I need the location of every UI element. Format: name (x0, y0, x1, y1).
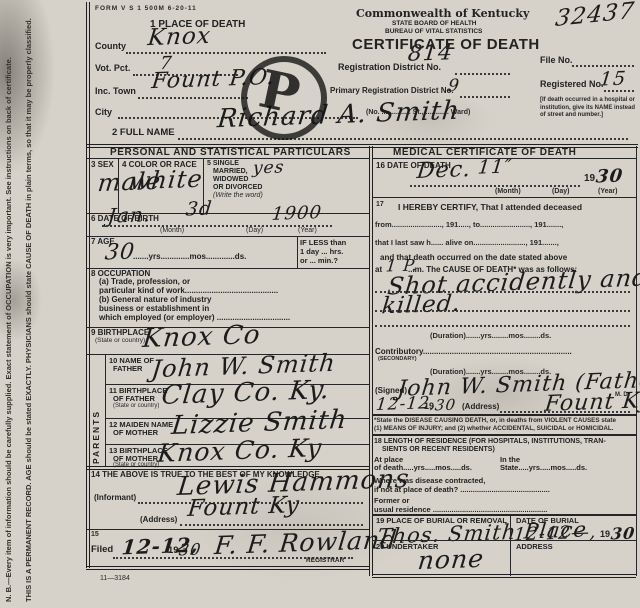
marital-label-2: MARRIED, (213, 168, 248, 175)
ifless-label-3: or ... min.? (300, 257, 338, 265)
dob-sub-month: (Month) (160, 227, 184, 234)
doc-number: 32437 (554, 0, 636, 32)
undertaker-address-label: ADDRESS (516, 543, 553, 551)
certificate-title: CERTIFICATE OF DEATH (352, 37, 540, 53)
registered-no-leader (604, 89, 634, 92)
signed-year-printed: 19 (424, 402, 434, 411)
registrar-stamp: P (241, 56, 327, 140)
dob-sub-day: (Day) (246, 227, 263, 234)
primary-reg-value: 9 (447, 76, 461, 96)
where-contracted-label-2: if not at place of death? ..............… (374, 486, 550, 494)
undertaker-value: none (416, 544, 485, 575)
birthplace-sub: (State or country) (95, 338, 145, 345)
father-name-label-2: FATHER (113, 365, 142, 373)
form-line: FORM V S 1 500M 6-20-11 (95, 6, 197, 13)
burial-year-printed: 19 (600, 530, 610, 539)
marital-label-4: OR DIVORCED (213, 184, 262, 191)
bureau-label: BUREAU OF VITAL STATISTICS (385, 29, 482, 36)
margin-note-outer: N. B.—Every item of information should b… (4, 12, 13, 602)
dob-sub-year: (Year) (298, 227, 317, 234)
hospital-note: [If death occurred in a hospital or inst… (540, 97, 636, 120)
form-right-border (636, 146, 637, 576)
full-name-label: 2 FULL NAME (112, 128, 175, 138)
reg-district-leader (455, 72, 510, 75)
death-certificate-scan: N. B.—Every item of information should b… (0, 0, 640, 608)
informant-label: (Informant) (94, 494, 136, 502)
rule (86, 236, 369, 237)
registered-no-value: 15 (599, 68, 628, 91)
heavy-rule (86, 566, 369, 570)
age-units: .......yrs.............mos.............d… (133, 253, 246, 261)
certify-saw-line: that I last saw h...... alive on........… (375, 239, 559, 247)
full-name-leader (178, 137, 628, 140)
ifless-label-1: IF LESS than (300, 239, 346, 247)
footnote-line-2: (1) MEANS OF INJURY; and (2) whether ACC… (374, 426, 614, 433)
cause-leader-3 (375, 324, 630, 327)
dob-day: 3d (185, 198, 214, 221)
certify-at-label: at (375, 266, 382, 274)
birthplace-value: Knox Co (141, 320, 262, 354)
rule (86, 158, 369, 159)
at-place-label-2: of death.....yrs.....mos.....ds. (374, 464, 472, 472)
informant-address-value: Fount Ky (186, 492, 301, 522)
heavy-rule (372, 574, 636, 578)
parents-divider (105, 354, 106, 467)
county-label: County (95, 42, 126, 51)
duration-1: (Duration).......yrs........mos........d… (430, 332, 551, 340)
inc-town-label: Inc. Town (95, 87, 136, 96)
contributory-sub: (SECONDARY) (378, 357, 417, 363)
primary-reg-leader (460, 95, 510, 98)
dob-year: 1900 (271, 202, 323, 225)
marital-value: yes (252, 157, 286, 178)
certify-num: 17 (376, 201, 384, 208)
registrar-label: REGISTRAR (306, 558, 344, 565)
marital-label-3: WIDOWED (213, 176, 248, 183)
filed-year-printed: 19 (168, 546, 179, 556)
cause-of-death-line-2: killed. (380, 291, 462, 320)
informant-address-leader (180, 523, 363, 526)
vot-pct-label: Vot. Pct. (95, 64, 130, 73)
age-value: 30 (104, 239, 137, 265)
mother-birthplace-value: Knox Co. Ky (156, 433, 323, 468)
in-state-label-2: State.....yrs.....mos.....ds. (500, 464, 587, 472)
rule (372, 434, 636, 436)
dod-sub-month: (Month) (495, 188, 521, 195)
signed-address-label: (Address) (462, 403, 499, 411)
informant-address-label: (Address) (140, 516, 177, 524)
certify-from-line: from........................, 191....., … (375, 221, 563, 229)
where-contracted-label-1: Where was disease contracted, (374, 477, 485, 485)
mother-name-label-2: OF MOTHER (113, 429, 158, 437)
date-of-death-year-printed: 19 (584, 174, 595, 185)
cell-divider (297, 236, 298, 268)
stamp-letter: P (254, 59, 305, 127)
rule (372, 414, 636, 416)
residence-label-2: SIENTS OR RECENT RESIDENTS) (382, 446, 495, 453)
marital-label-5: (Write the word) (213, 192, 263, 199)
primary-reg-label: Primary Registration District No. (330, 87, 454, 95)
marital-label-1: 5 SINGLE (207, 160, 239, 167)
dod-sub-day: (Day) (552, 188, 570, 195)
former-residence-label-2: usual residence ........................… (374, 506, 547, 514)
signed-address-leader (500, 410, 630, 413)
ifless-label-2: 1 day ... hrs. (300, 248, 343, 256)
county-value: Knox (146, 23, 212, 51)
registered-no-label: Registered No. (540, 80, 604, 89)
commonwealth-title: Commonwealth of Kentucky (356, 8, 529, 20)
father-birthplace-sub: (State or country) (113, 403, 159, 409)
filed-label: Filed (91, 545, 113, 555)
cause-leader-2 (375, 309, 630, 312)
date-of-death-day: 11″ (477, 155, 514, 178)
file-no-label: File No. (540, 56, 573, 65)
certify-line: I HEREBY CERTIFY, That I attended deceas… (398, 203, 582, 212)
rule (372, 540, 636, 541)
date-of-death-year-hand: 30 (595, 166, 624, 188)
filed-num: 15 (91, 531, 99, 538)
city-label: City (95, 108, 112, 117)
date-of-death-month: Dec. (416, 157, 473, 184)
form-left-border (86, 2, 90, 568)
form-code: 11—3184 (100, 575, 130, 582)
signed-year-hand: 30 (434, 396, 457, 415)
dod-sub-year: (Year) (598, 188, 617, 195)
state-board-label: STATE BOARD OF HEALTH (392, 21, 477, 28)
file-no-leader (572, 64, 634, 67)
county-leader (126, 51, 326, 54)
rule (372, 197, 636, 198)
margin-note-inner: THIS IS A PERMANENT RECORD. AGE should b… (24, 12, 33, 602)
inc-town-leader (138, 96, 248, 99)
residence-label-1: 18 LENGTH OF RESIDENCE (FOR HOSPITALS, I… (374, 438, 606, 445)
date-of-death-leader (410, 184, 580, 187)
footnote-line-1: *State the DISEASE CAUSING DEATH, or, in… (374, 418, 616, 425)
father-birthplace-label-2: OF FATHER (113, 395, 155, 403)
former-residence-label-1: Former or (374, 497, 409, 505)
personal-title: PERSONAL AND STATISTICAL PARTICULARS (110, 148, 351, 159)
race-value: white (128, 165, 204, 196)
parents-label: PARENTS (91, 364, 101, 464)
cell-divider (510, 514, 511, 576)
column-divider (369, 146, 373, 576)
